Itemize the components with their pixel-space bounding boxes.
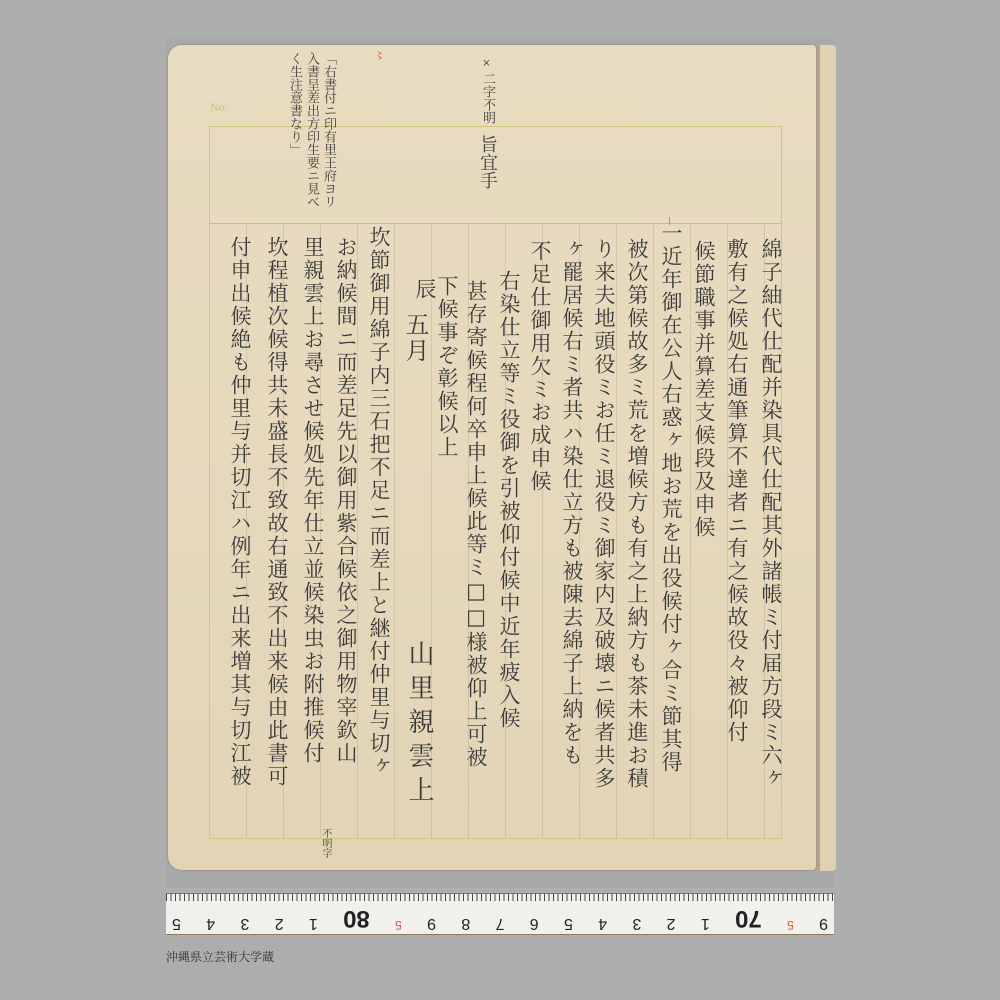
ruler-number: 80: [343, 904, 370, 932]
red-mark-1: 〻: [370, 50, 385, 60]
text-column-2: 敷有之候処右通筆算不達者ニ有之候故役々被仰付: [722, 238, 752, 838]
bottom-note: 不明字: [318, 828, 333, 858]
ruler-number: 2: [275, 904, 284, 932]
ruler-number: 5: [172, 904, 181, 932]
next-page-edge: [818, 45, 836, 871]
ruler-number: 4: [598, 904, 607, 932]
collection-credit: 沖縄県立芸術大学蔵: [166, 948, 274, 965]
text-column-1: 綿子紬代仕配并染具代仕配其外諸帳ミ付届方段ミ六ヶ: [756, 238, 786, 838]
ruler-number: 4: [206, 904, 215, 932]
text-column-7: ヶ罷居候右ミ者共ハ染仕立方も被陳去綿子上納をも: [557, 238, 587, 838]
text-column-15: 坎程植次候得共未盛長不致故右通致不出来候由此書可: [262, 236, 292, 846]
ruler-number: 7: [496, 904, 505, 932]
text-column-16: 付申出候絶も仲里与并切江ハ例年ニ出来増其与切江被: [225, 236, 255, 846]
text-column-8: 不足仕御用欠ミお成申候: [525, 240, 555, 840]
form-number-label: No.: [210, 100, 228, 115]
text-column-14: 里親雲上お尋させ候処先年仕立並候染虫お附推候付: [298, 236, 328, 846]
ruler-number: 5: [564, 904, 573, 932]
ruler-number: 5: [787, 904, 794, 932]
ruler-number: 2: [667, 904, 676, 932]
ruler-number: 8: [461, 904, 470, 932]
header-marker: ×: [481, 58, 492, 69]
text-column-13: お納候間ニ而差足先以御用紫合候依之御用物宰欽山: [331, 236, 361, 846]
text-column-6: り来夫地頭役ミお任ミ退役ミ御家内及破壊ニ候者共多: [589, 238, 619, 838]
margin-note: 「右書付ニ印有里王府ヨリ入書呈差出方印生要ニ見べく生注意書なり」: [286, 52, 337, 217]
red-mark-2: ー: [660, 216, 675, 226]
text-column-4: 一近年御在公人右惑ヶ地お荒を出役候付ヶ合ミ節其得: [656, 222, 686, 842]
ruler-number: 9: [427, 904, 436, 932]
header-title: 旨宜手: [474, 135, 500, 189]
ruler-numbers: 9 5 70 1 2 3 4 5 6 7 8 9 5 80 1 2 3 4 5: [166, 904, 834, 932]
ruler-number: 6: [530, 904, 539, 932]
header-divider: [209, 223, 780, 225]
ruler-number: 70: [735, 904, 762, 932]
text-column-11: 下候事ぞ彰候以上: [432, 275, 462, 675]
ruler-number: 5: [395, 904, 402, 932]
header-note-text: 二字不明: [478, 72, 497, 124]
text-column-9: 右染仕立等ミ役御を引被仰付候中近年疲入候: [494, 270, 524, 840]
ruler-number: 1: [701, 904, 710, 932]
date-year: 辰: [410, 278, 440, 301]
measuring-ruler: 9 5 70 1 2 3 4 5 6 7 8 9 5 80 1 2 3 4 5: [166, 893, 834, 935]
ruler-number: 1: [309, 904, 318, 932]
text-column-10: 甚存寄候程何卒申上候此等ミ□□様被仰上可被: [461, 280, 491, 840]
ruler-number: 9: [819, 904, 828, 932]
ruler-number: 3: [632, 904, 641, 932]
text-column-3: 候節職事并算差支候段及申候: [689, 240, 719, 840]
text-column-5: 被次第候故多ミ荒を増候方も有之上納方も茶未進お積: [622, 238, 652, 838]
date-month: 五月: [398, 312, 433, 364]
text-column-12: 坎節御用綿子内三石把不足ニ而差上と継付仲里与切ヶ: [364, 226, 394, 846]
ruler-number: 3: [240, 904, 249, 932]
signatory: 山里親雲上: [401, 640, 438, 810]
